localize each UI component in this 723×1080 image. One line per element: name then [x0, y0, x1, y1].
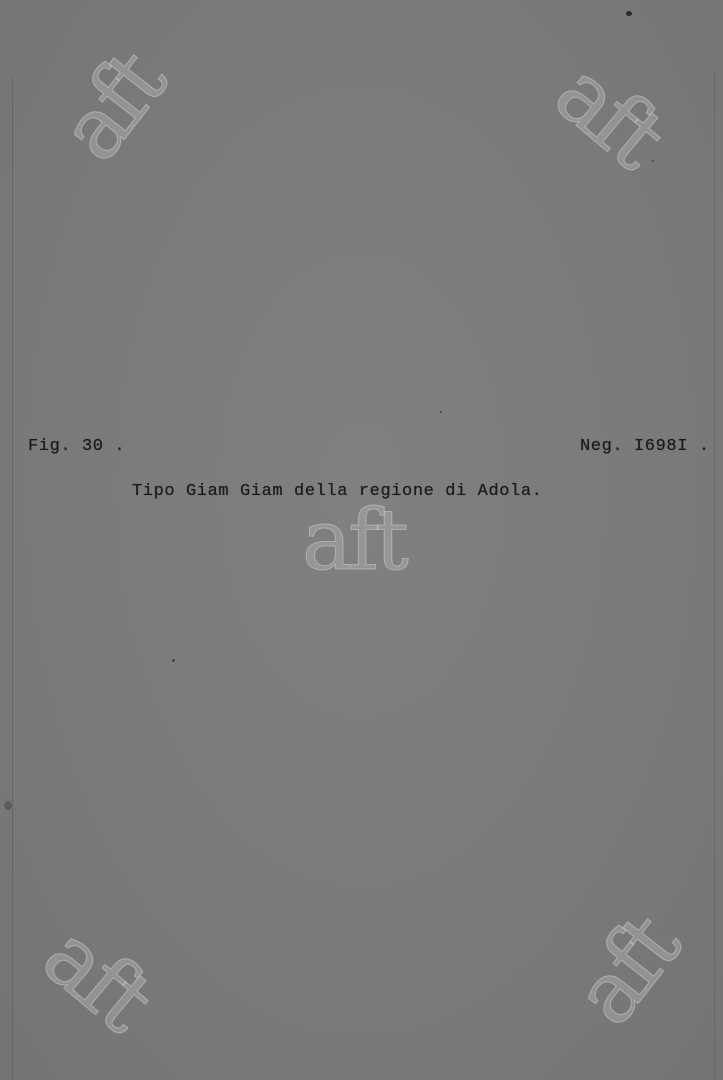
- dust-speck: [440, 411, 442, 413]
- negative-number: Neg. I698I .: [580, 437, 710, 456]
- card-right-edge: [714, 70, 715, 1080]
- card-left-edge: [12, 78, 13, 1080]
- watermark-bottom-left: aft: [29, 911, 165, 1045]
- watermark-top-right: aft: [541, 48, 677, 182]
- watermark-center: aft: [302, 498, 405, 582]
- archive-card: aft aft aft aft aft Fig. 30 . Neg. I698I…: [0, 0, 723, 1080]
- watermark-top-left: aft: [46, 39, 179, 175]
- dust-speck: [652, 160, 654, 162]
- watermark-bottom-right: aft: [560, 903, 693, 1039]
- figure-number: Fig. 30 .: [28, 437, 125, 456]
- dust-speck: [172, 659, 175, 662]
- dust-speck: [4, 801, 12, 810]
- dust-speck: [626, 11, 632, 16]
- photo-caption: Tipo Giam Giam della regione di Adola.: [132, 482, 542, 501]
